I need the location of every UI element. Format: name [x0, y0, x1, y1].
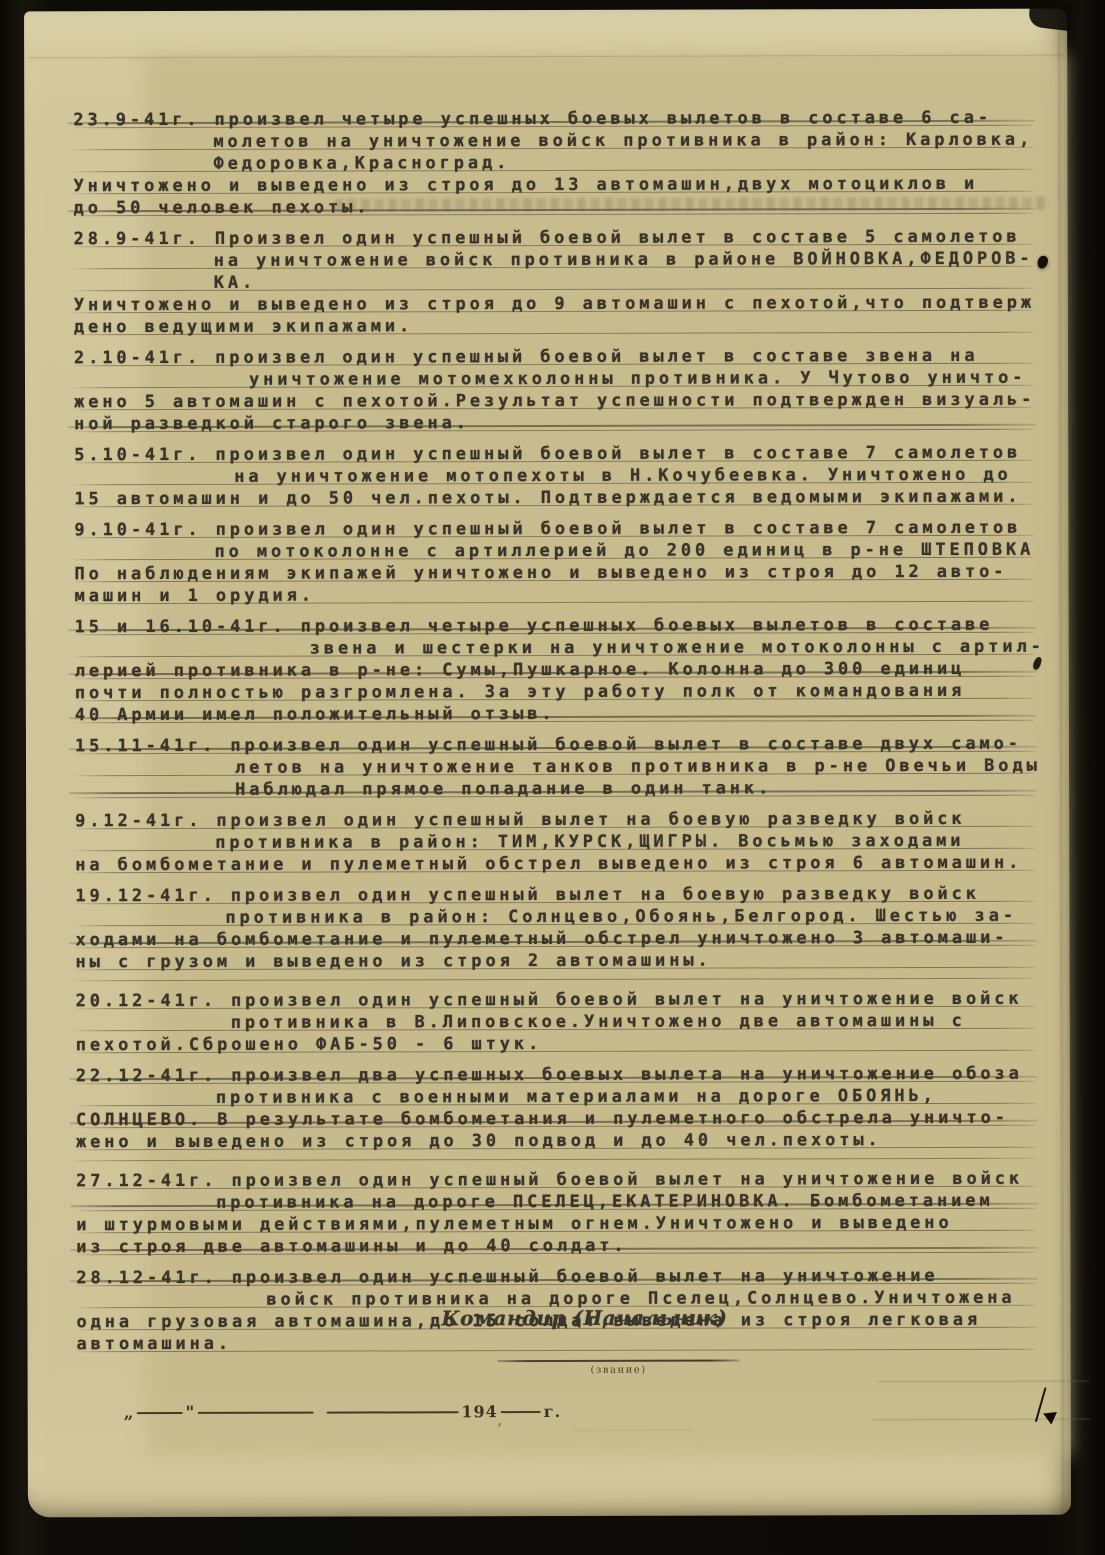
entry: 9.12-41г.произвел один успешный вылет на…: [75, 808, 1037, 877]
entry: 15.11-41г.произвел один успешный боевой …: [75, 733, 1037, 802]
entry-line: и штурмовыми действиями,пулеметным огнем…: [76, 1212, 1038, 1237]
entry-line: пехотой.Сброшено ФАБ-50 - 6 штук.: [76, 1032, 1038, 1057]
entry: 19.12-41г.произвел один успешный вылет н…: [75, 883, 1037, 982]
entry: 23.9-41г.произвел четыре успешных боевых…: [73, 107, 1035, 220]
entry-line: 40 Армии имел положительный отзыв.: [75, 702, 1037, 727]
entry-first-line: 15 и 16.10-41г.произвел четыре успешных …: [75, 614, 1037, 639]
entry-line: жено и выведено из строя до 30 подвод и …: [76, 1129, 1038, 1154]
commander-title: Командир (Начальник): [441, 1306, 727, 1331]
close-quote: ": [185, 1403, 194, 1423]
entry-date: 20.12-41г.: [76, 990, 217, 1012]
entry-line: на бомбометание и пулеметный обстрел выв…: [75, 852, 1037, 877]
entry-line: КА.: [74, 270, 1036, 295]
entry-date: 22.12-41г.: [76, 1065, 217, 1087]
entry-first-line: 22.12-41г.произвел два успешных боевых в…: [76, 1063, 1038, 1088]
entry-line: летов на уничтожение танков противника в…: [75, 755, 1037, 780]
entry-date: 28.12-41г.: [76, 1267, 217, 1289]
entry: 22.12-41г.произвел два успешных боевых в…: [76, 1063, 1038, 1162]
entry-line: на уничтожение войск противника в районе…: [74, 248, 1036, 273]
entry: 20.12-41г.произвел один успешный боевой …: [76, 988, 1038, 1057]
blank-month-line-2: [326, 1411, 458, 1413]
entry-line: жено 5 автомашин с пехотой.Результат усп…: [74, 389, 1036, 414]
entry-date: 27.12-41г.: [76, 1170, 217, 1192]
entry-first-line: 28.9-41г.Произвел один успешный боевой в…: [74, 226, 1036, 251]
entry-text: произвел один успешный боевой вылет на у…: [231, 1169, 1023, 1191]
rank-signature-line: [498, 1359, 740, 1362]
entry-line: из строя две автомашины и до 40 солдат.: [76, 1234, 1038, 1259]
entry-date: 19.12-41г.: [75, 885, 216, 907]
ruled-line: [76, 1158, 1036, 1162]
entry-text: произвел один успешный боевой вылет в со…: [216, 518, 1022, 540]
entry-line: СОЛНЦЕВО. В результате бомбометания и пу…: [76, 1107, 1038, 1132]
year-suffix: г.: [544, 1402, 561, 1421]
entry-first-line: 28.12-41г.произвел один успешный боевой …: [76, 1265, 1038, 1290]
entry-line: По наблюдениям экипажей уничтожено и выв…: [74, 561, 1036, 586]
entry-date: 2.10-41г.: [74, 347, 201, 369]
entry-text: произвел два успешных боевых вылета на у…: [231, 1064, 1023, 1086]
entry-line: звена и шестерки на уничтожение мотоколо…: [75, 636, 1037, 661]
entry-text: произвел один успешный вылет на боевую р…: [231, 884, 980, 906]
entry-line: противника в В.Липовское.Уничтожено две …: [76, 1010, 1038, 1035]
entry-line: противника в район: Солнцево,Обоянь,Белг…: [75, 905, 1037, 930]
entry-first-line: 19.12-41г.произвел один успешный вылет н…: [75, 883, 1037, 908]
blank-month-line: [197, 1412, 313, 1414]
entry-line: лерией противника в р-не: Сумы,Пушкарное…: [75, 658, 1037, 683]
entry: 28.9-41г.Произвел один успешный боевой в…: [74, 226, 1036, 339]
entry-text: произвел четыре успешных боевых вылетов …: [215, 108, 992, 130]
entry-line: автомашина.: [76, 1331, 1038, 1356]
scanned-document-photo: { "document": { "type": "combat record s…: [0, 0, 1105, 1555]
entry: 15 и 16.10-41г.произвел четыре успешных …: [75, 614, 1037, 727]
entry-line: ны с грузом и выведено из строя 2 автома…: [75, 949, 1037, 974]
entry-text: произвел четыре успешных боевых вылетов …: [301, 615, 994, 637]
entry-date: 23.9-41г.: [73, 109, 200, 131]
entry-first-line: 9.10-41г.произвел один успешный боевой в…: [74, 517, 1036, 542]
entry-line: Уничтожено и выведено из строя до 13 авт…: [73, 173, 1035, 198]
entry-line: машин и 1 орудия.: [75, 583, 1037, 608]
entry-date: 9.12-41г.: [75, 810, 202, 832]
entry-line: противника в район: ТИМ,КУРСК,ЩИГРЫ. Вос…: [75, 830, 1037, 855]
entry-first-line: 2.10-41г.произвел один успешный боевой в…: [74, 345, 1036, 370]
entry-first-line: 5.10-41г.произвел один успешный боевой в…: [74, 442, 1036, 467]
entry-line: Наблюдал прямое попадание в один танк.: [75, 777, 1037, 802]
entry-line: до 50 человек пехоты.: [74, 195, 1036, 220]
entry-date: 15.11-41г.: [75, 735, 216, 757]
entry-line: противника с военными материалами на дор…: [76, 1085, 1038, 1110]
rank-signature-block: (звание): [498, 1359, 740, 1377]
entry-line: ной разведкой старого звена.: [74, 411, 1036, 436]
entry-line: дено ведущими экипажами.: [74, 314, 1036, 339]
entry-line: Федоровка,Красноград.: [73, 151, 1035, 176]
blank-day-line: [136, 1412, 182, 1414]
rank-caption: (звание): [498, 1364, 740, 1377]
entry-date: 9.10-41г.: [74, 519, 201, 541]
entry: 5.10-41г.произвел один успешный боевой в…: [74, 442, 1036, 511]
scan-edge-shadow: [1028, 0, 1073, 31]
entry-date: 5.10-41г.: [74, 444, 201, 466]
entry-first-line: 9.12-41г.произвел один успешный вылет на…: [75, 808, 1037, 833]
entry-line: молетов на уничтожение войск противника …: [73, 129, 1035, 154]
service-record-entries: 23.9-41г.произвел четыре успешных боевых…: [73, 107, 1038, 1365]
entry-line: уничтожение мотомехколонны противника. У…: [74, 367, 1036, 392]
entry-first-line: 15.11-41г.произвел один успешный боевой …: [75, 733, 1037, 758]
entry-first-line: 27.12-41г.произвел один успешный боевой …: [76, 1168, 1038, 1193]
entry: 9.10-41г.произвел один успешный боевой в…: [74, 517, 1036, 608]
entry-date: 28.9-41г.: [74, 228, 201, 250]
entry-line: почти полностью разгромлена. За эту рабо…: [75, 680, 1037, 705]
entry-text: Произвел один успешный боевой вылет в со…: [215, 227, 1021, 249]
blank-year-line: [501, 1411, 541, 1413]
entry-text: произвел один успешный боевой вылет на у…: [232, 1266, 939, 1288]
entry: 27.12-41г.произвел один успешный боевой …: [76, 1168, 1038, 1259]
entry-line: 15 автомашин и до 50 чел.пехоты. Подтвер…: [74, 486, 1036, 511]
entry-text: произвел один успешный боевой вылет в со…: [215, 346, 978, 368]
open-quote: „: [124, 1403, 134, 1423]
arrow-mark: [1043, 1412, 1058, 1425]
entry: 2.10-41г.произвел один успешный боевой в…: [74, 345, 1036, 436]
entry-text: произвел один успешный боевой вылет на у…: [231, 989, 1023, 1011]
entry-text: произвел один успешный боевой вылет в со…: [230, 734, 1022, 756]
entry-first-line: 23.9-41г.произвел четыре успешных боевых…: [73, 107, 1035, 132]
entry-first-line: 20.12-41г.произвел один успешный боевой …: [76, 988, 1038, 1013]
entry-line: по мотоколонне с артиллерией до 200 един…: [74, 539, 1036, 564]
stray-comma-mark: ,: [496, 1414, 504, 1429]
year-prefix: 194: [461, 1402, 497, 1421]
entry-text: произвел один успешный боевой вылет в со…: [215, 443, 1021, 465]
document-page: 23.9-41г.произвел четыре успешных боевых…: [24, 9, 1071, 1518]
entry-line: противника на дороге ПСЕЛЕЦ,ЕКАТЕРИНОВКА…: [76, 1190, 1038, 1215]
entry-line: ходами на бомбометание и пулеметный обст…: [75, 927, 1037, 952]
ruled-line: [76, 978, 1036, 982]
entry-date: 15 и 16.10-41г.: [75, 616, 287, 639]
entry-line: на уничтожение мотопехоты в Н.Кочубеевка…: [74, 464, 1036, 489]
entry-line: Уничтожено и выведено из строя до 9 авто…: [74, 292, 1036, 317]
entry-text: произвел один успешный вылет на боевую р…: [216, 809, 965, 831]
